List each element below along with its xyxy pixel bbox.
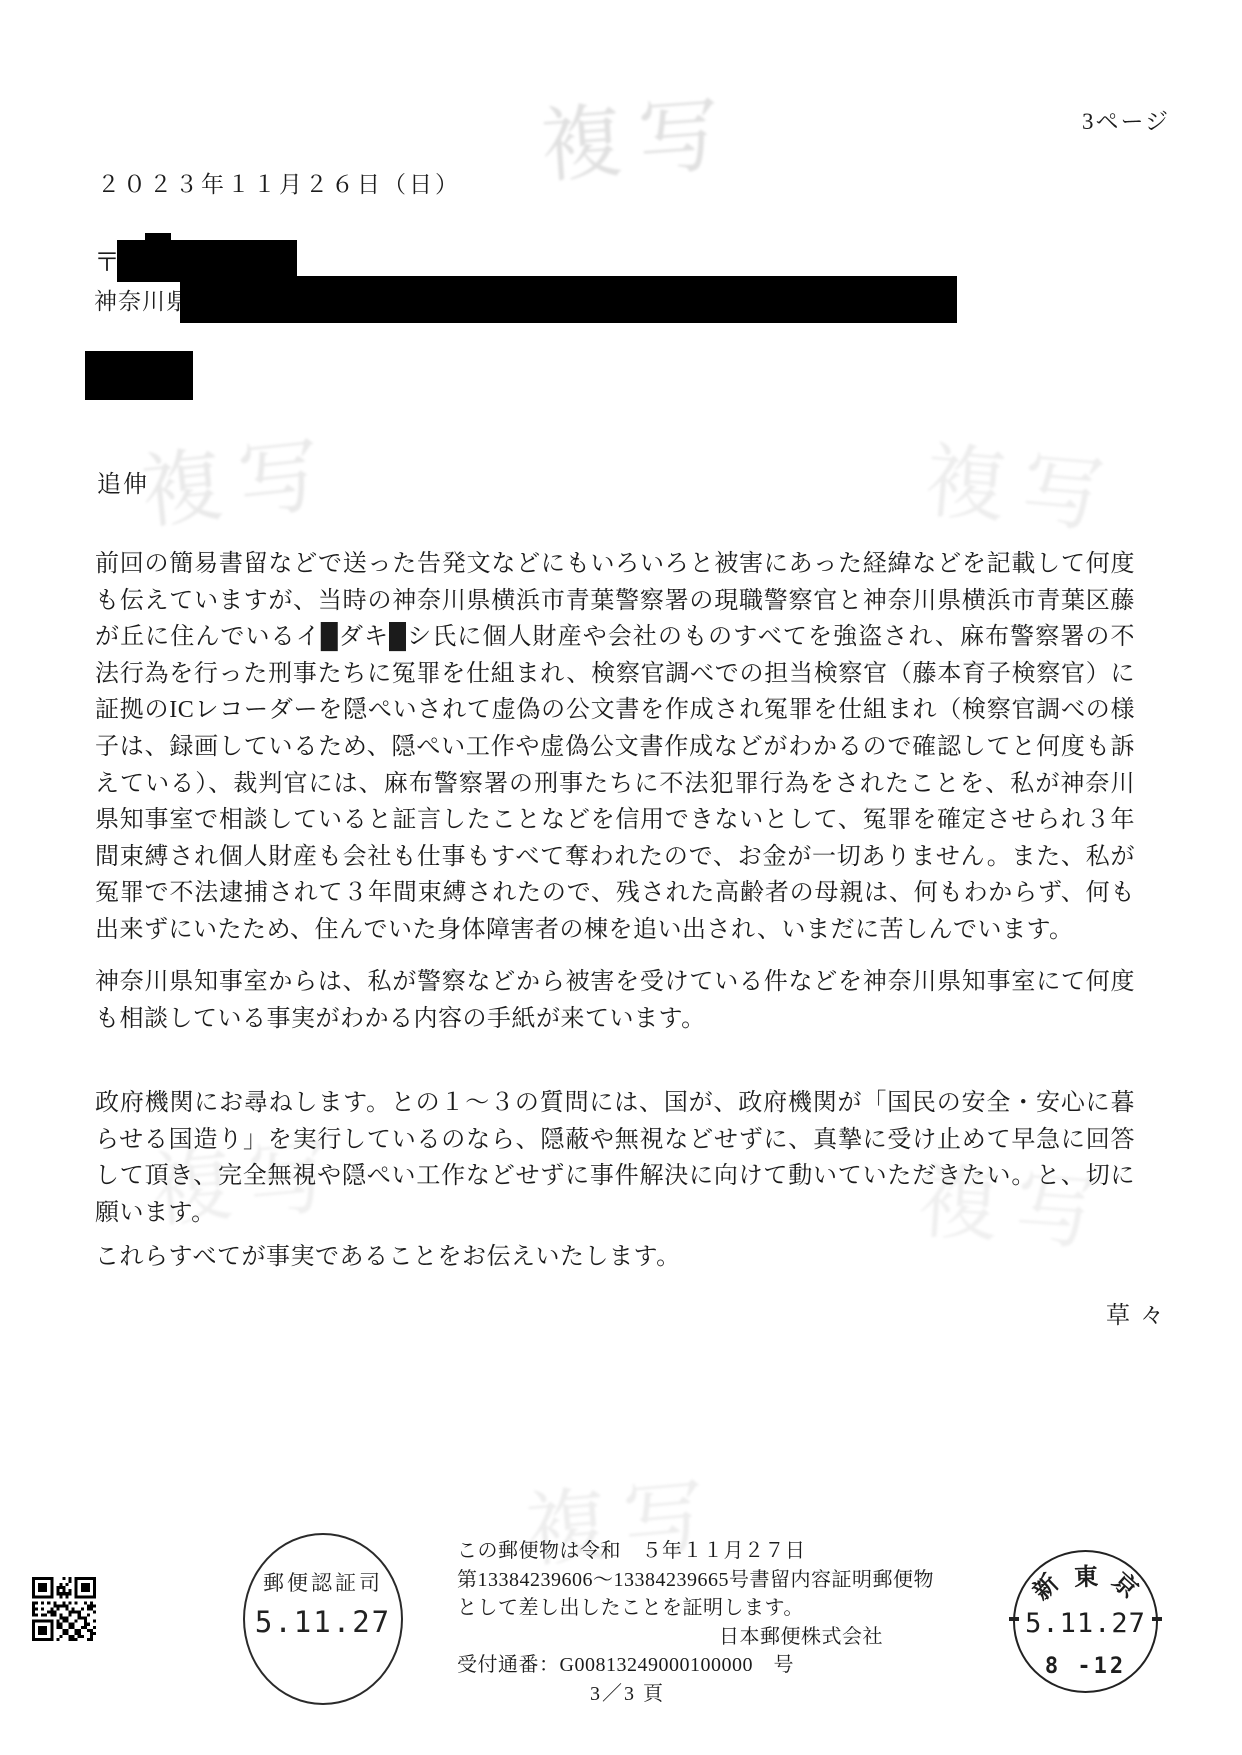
redaction-address — [180, 276, 957, 323]
certification-line3: として差し出したことを証明します。 — [457, 1594, 934, 1623]
certification-line2: 第13384239606～13384239665号書留内容証明郵便物 — [457, 1566, 934, 1595]
body-paragraph-2: 神奈川県知事室からは、私が警察などから被害を受けている件などを神奈川県知事室にて… — [95, 964, 1135, 1037]
certification-text-block: この郵便物は令和 ５年１１月２７日 第13384239606～133842396… — [457, 1537, 934, 1709]
copy-watermark: 複写 — [920, 416, 1125, 550]
copy-watermark: 複写 — [134, 408, 341, 545]
certification-page-indicator: 3／3 頁 — [590, 1680, 934, 1709]
body-paragraph-4: これらすべてが事実であることをお伝えいたします。 — [95, 1239, 1135, 1276]
postmark-office-char: 新 — [1023, 1565, 1065, 1607]
page-number: 3ページ — [1082, 103, 1170, 136]
copy-watermark: 複写 — [536, 68, 740, 198]
closing-salutation: 草々 — [1106, 1295, 1174, 1330]
letter-page: 複写 複写 複写 複写 複写 複写 3ページ ２０２３年１１月２６日（日） 〒 … — [0, 0, 1242, 1755]
tokyo-postmark-stamp: 新 東 京 5.11.27 8 -12 — [1013, 1550, 1158, 1693]
date-line: ２０２３年１１月２６日（日） — [97, 166, 461, 199]
postmark-office-char: 東 — [1073, 1557, 1098, 1593]
certifier-stamp-title: 郵便認証司 — [245, 1567, 401, 1597]
body-paragraph-1: 前回の簡易書留などで送った告発文などにもいろいろと被害にあった経緯などを記載して… — [95, 546, 1135, 949]
postmark-notch — [1009, 1617, 1019, 1621]
postal-certifier-stamp: 郵便認証司 5.11.27 — [243, 1533, 403, 1705]
qr-code — [31, 1577, 97, 1641]
postmark-office-char: 京 — [1106, 1562, 1147, 1604]
certification-line1: この郵便物は令和 ５年１１月２７日 — [457, 1537, 934, 1566]
recipient-prefecture: 神奈川県 — [94, 283, 190, 316]
postmark-time: 8 -12 — [1015, 1654, 1156, 1679]
certification-company: 日本郵便株式会社 — [719, 1623, 934, 1652]
certification-receipt-number: 受付通番：G00813249000100000 号 — [457, 1651, 934, 1680]
postmark-date: 5.11.27 — [1015, 1608, 1156, 1639]
postmark-notch — [1152, 1617, 1162, 1621]
postscript-label: 追伸 — [97, 464, 149, 499]
redaction-recipient-name — [85, 351, 193, 400]
body-paragraph-3: 政府機関にお尋ねします。との１～３の質問には、国が、政府機関が「国民の安全・安心… — [95, 1085, 1135, 1231]
certifier-stamp-date: 5.11.27 — [245, 1605, 401, 1639]
